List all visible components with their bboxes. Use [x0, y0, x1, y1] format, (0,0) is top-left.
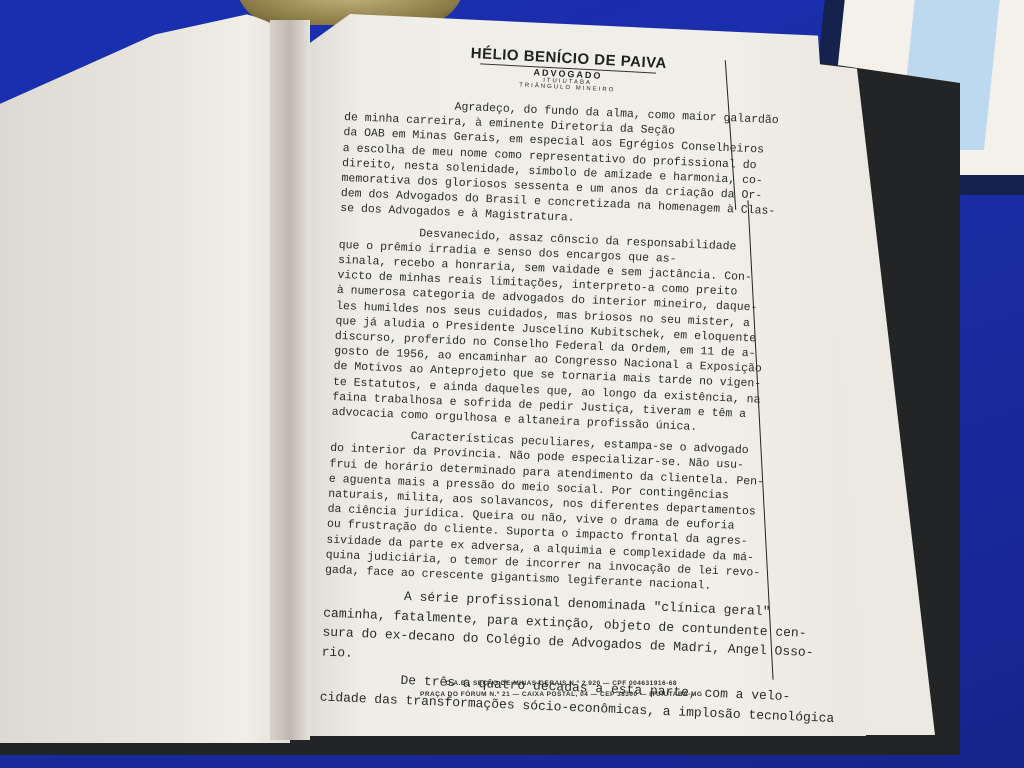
paragraph: Características peculiares, estampa-se o… — [325, 426, 821, 598]
footer-line-2: PRAÇA DO FÓRUM N.º 21 — CAIXA POSTAL, 04… — [420, 689, 702, 700]
photo-scene: HÉLIO BENÍCIO DE PAIVA ADVOGADO ITUIUTAB… — [0, 0, 1024, 768]
book-gutter — [270, 20, 310, 740]
letter-footer: O.A.B., SEÇÃO DE MINAS GERAIS N.º 2.920 … — [420, 678, 702, 700]
letter-body: Agradeço, do fundo da alma, como maior g… — [319, 95, 834, 733]
footer-line-1: O.A.B., SEÇÃO DE MINAS GERAIS N.º 2.920 … — [420, 678, 702, 689]
paragraph: Agradeço, do fundo da alma, como maior g… — [340, 95, 835, 237]
paragraph: Desvanecido, assaz cônscio da responsabi… — [331, 223, 829, 441]
left-page-blank — [0, 5, 290, 743]
